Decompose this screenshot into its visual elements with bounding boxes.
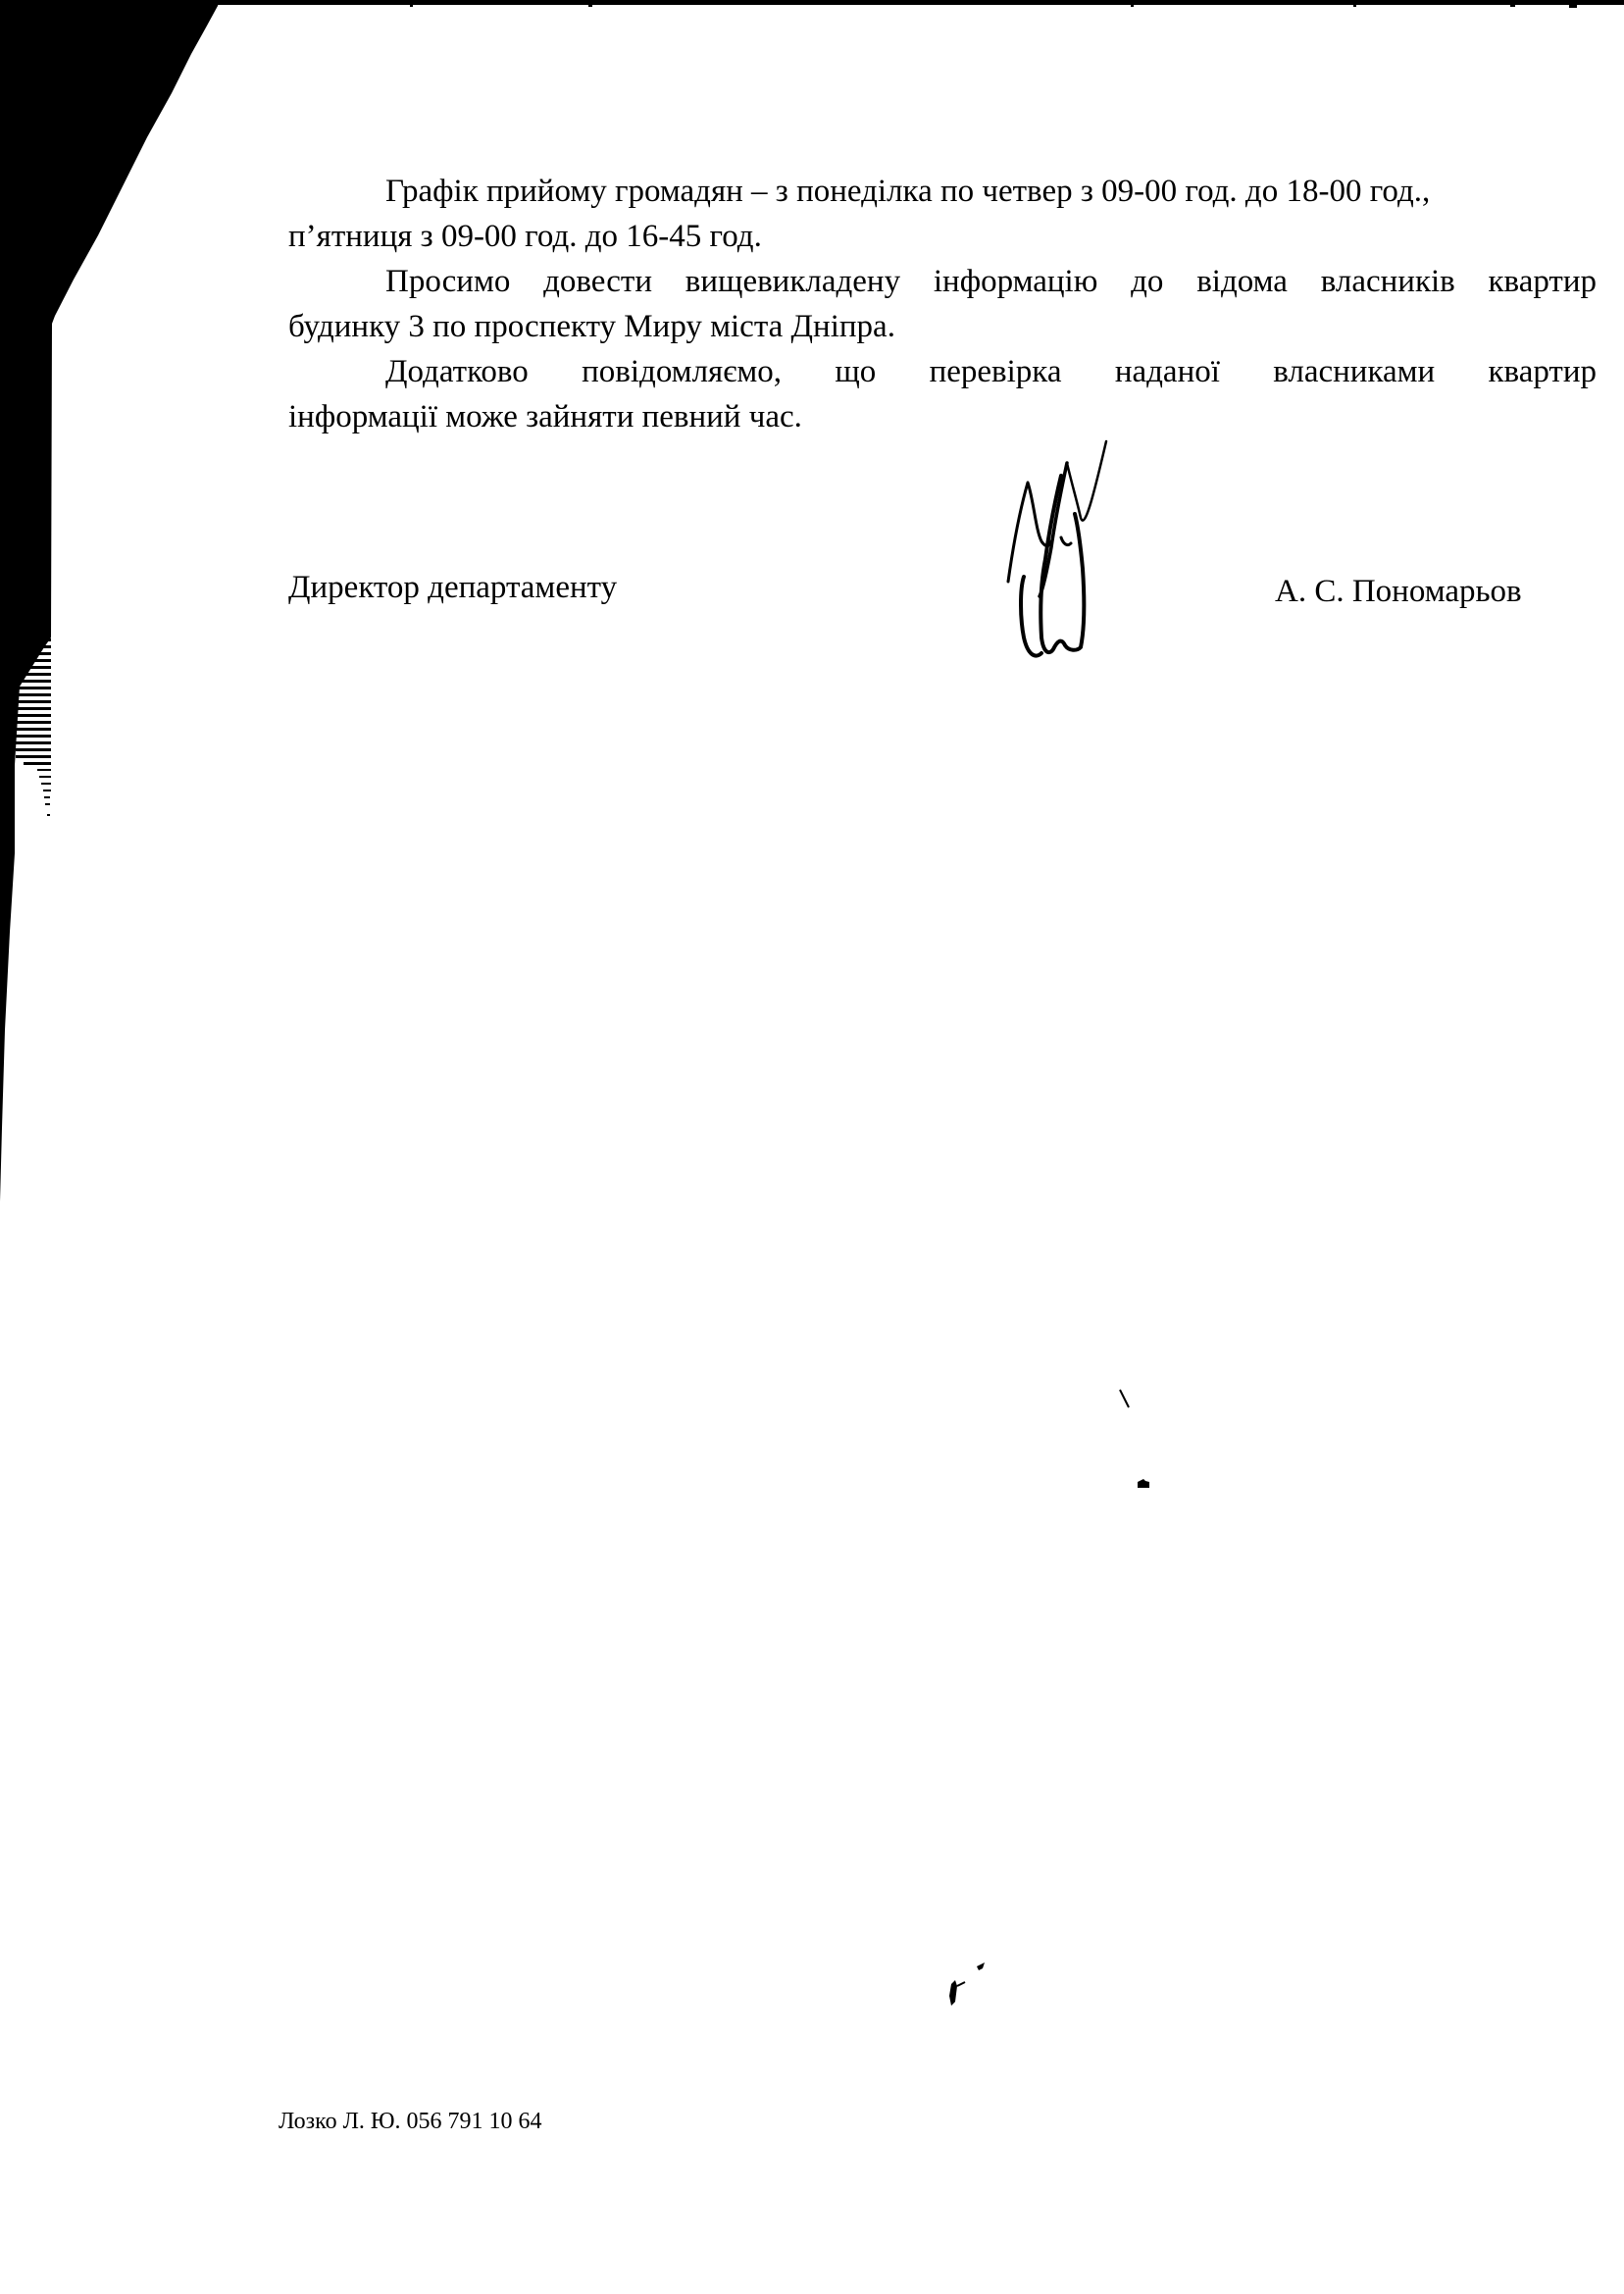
paragraph-line: Графік прийому громадян – з понеділка по… — [288, 169, 1597, 214]
paragraph-line: інформації може зайняти певний час. — [288, 394, 1597, 439]
signatory-position: Директор департаменту — [288, 565, 617, 610]
paragraph-line: будинку 3 по проспекту Миру міста Дніпра… — [288, 304, 1597, 349]
executor-contact: Лозко Л. Ю. 056 791 10 64 — [279, 2107, 542, 2136]
paragraph-line: Просимо довести вищевикладену інформацію… — [288, 259, 1597, 304]
scan-speck — [1136, 1476, 1151, 1490]
paragraph-line: Додатково повідомляємо, що перевірка над… — [288, 349, 1597, 394]
scanned-letter-page: Графік прийому громадян – з понеділка по… — [0, 0, 1624, 2294]
signatory-name: А. С. Пономарьов — [1275, 569, 1522, 614]
scan-speck — [1118, 1388, 1138, 1417]
handwritten-signature-icon — [990, 432, 1147, 667]
letter-body: Графік прийому громадян – з понеділка по… — [288, 169, 1597, 439]
scan-speck — [943, 1957, 992, 2015]
paragraph-line: п’ятниця з 09-00 год. до 16-45 год. — [288, 214, 1597, 259]
